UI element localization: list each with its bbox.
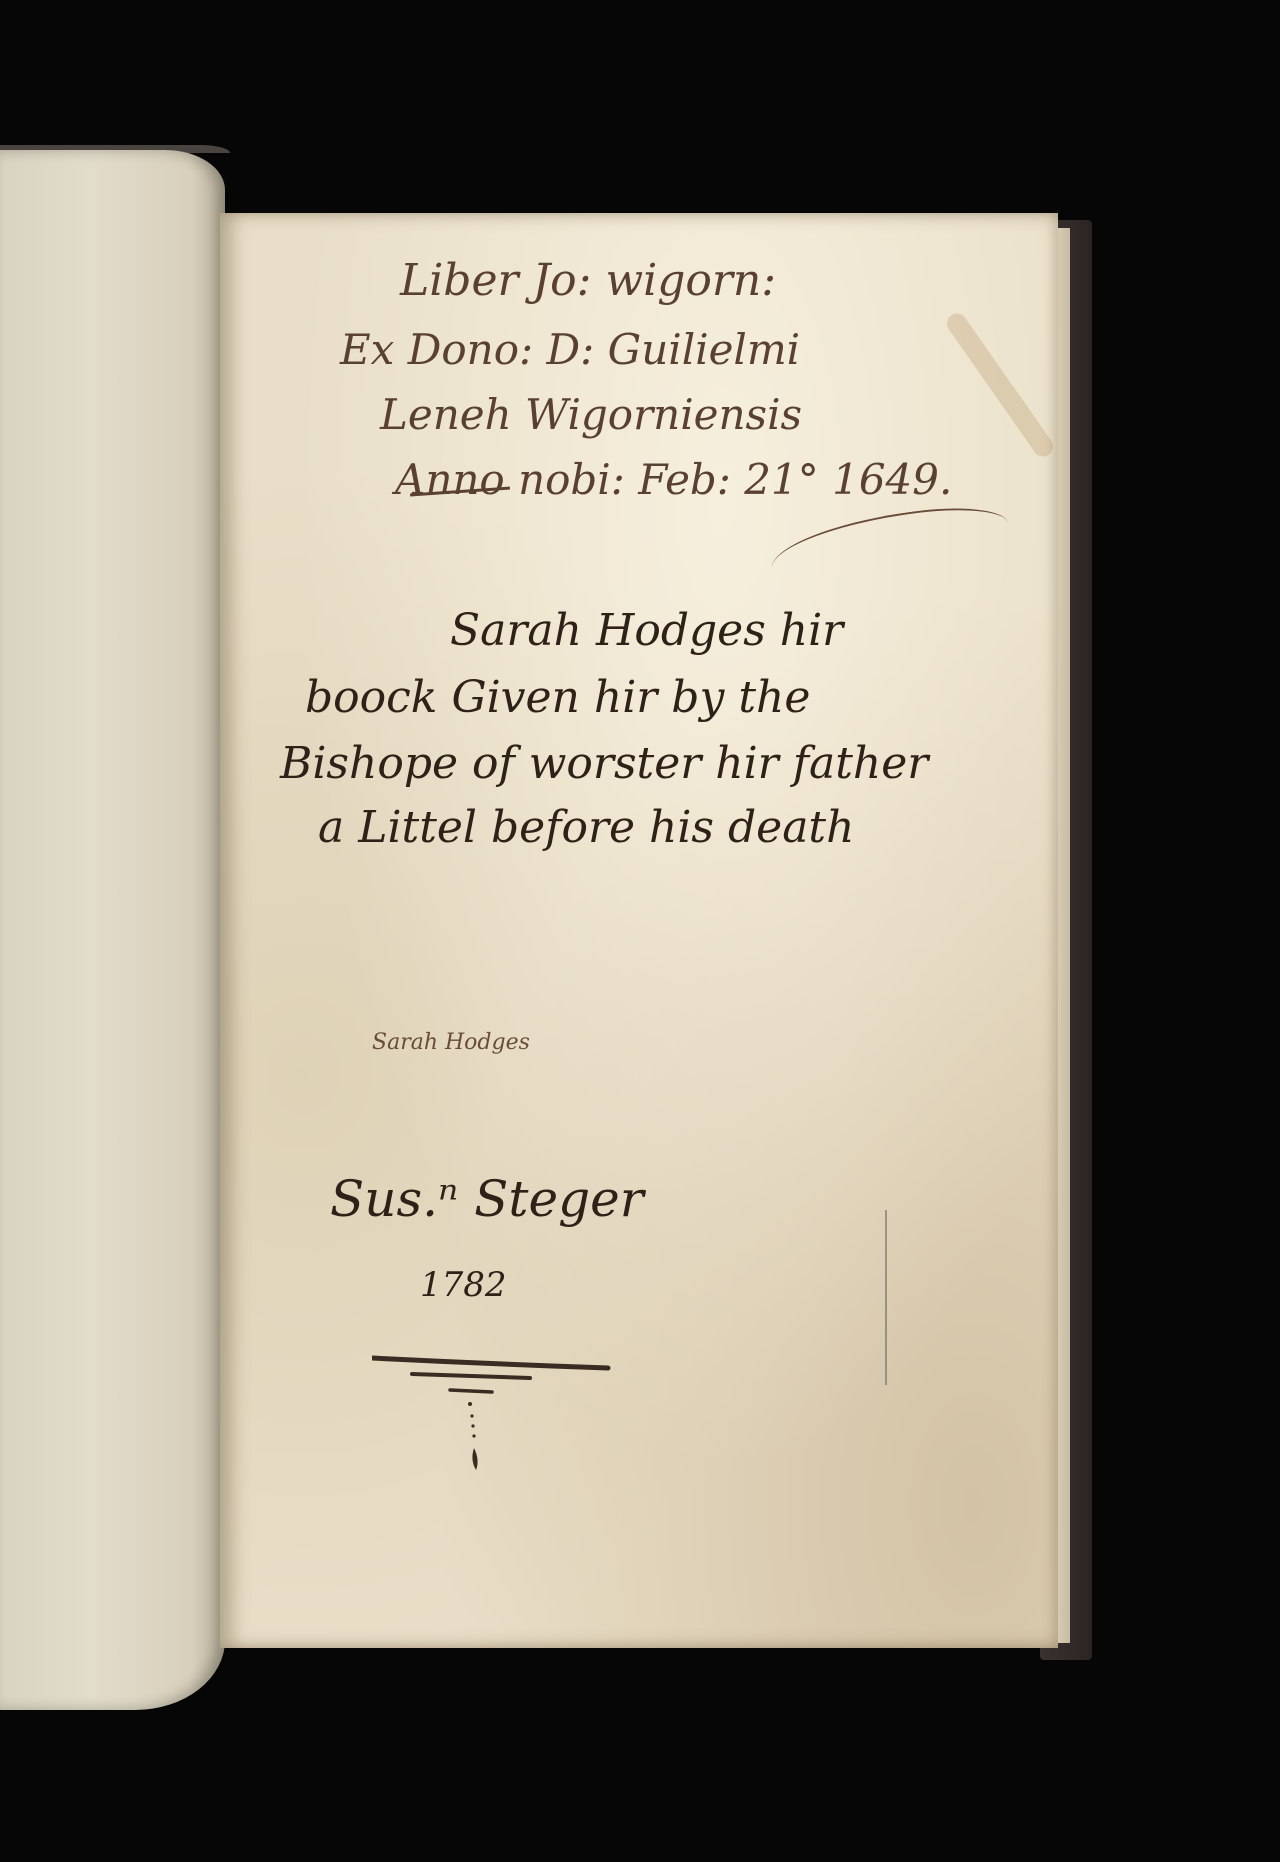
inscription-1-line-4: Anno nobi: Feb: 21° 1649. <box>395 455 952 504</box>
signature-steger: Sus.ⁿ Steger <box>330 1170 644 1228</box>
pencil-mark <box>885 1210 887 1385</box>
signature-sarah-hodges: Sarah Hodges <box>372 1030 530 1055</box>
flourish-ornament-icon <box>372 1352 612 1472</box>
inscription-1-line-2: Ex Dono: D: Guilielmi <box>340 325 800 374</box>
inscription-1-line-3: Leneh Wigorniensis <box>380 390 802 439</box>
book-photo: Liber Jo: wigorn: Ex Dono: D: Guilielmi … <box>0 0 1280 1862</box>
inscription-2-line-3: Bishope of worster hir father <box>280 738 928 789</box>
inscription-2-line-2: boock Given hir by the <box>305 672 810 723</box>
year-inscription: 1782 <box>420 1265 507 1305</box>
inscription-2-line-4: a Littel before his death <box>318 802 854 853</box>
inscription-2-line-1: Sarah Hodges hir <box>450 605 843 656</box>
left-page <box>0 150 225 1710</box>
inscription-1-line-1: Liber Jo: wigorn: <box>400 255 776 306</box>
